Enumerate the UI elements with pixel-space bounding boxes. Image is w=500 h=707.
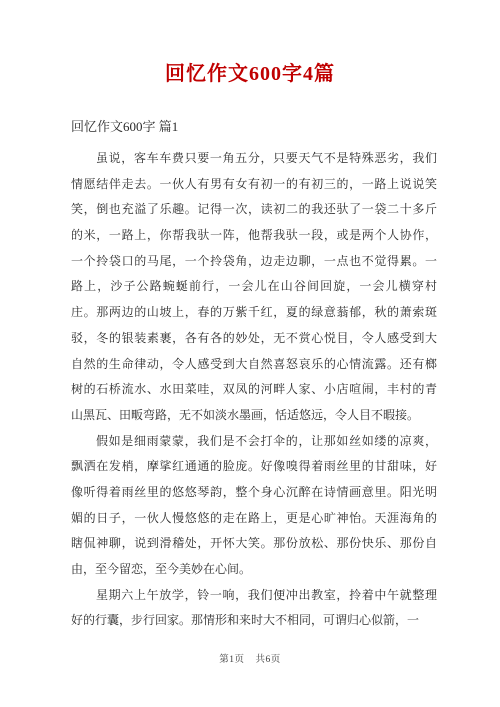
page-total: 共6页 (255, 655, 280, 665)
text-line: 庄。那两边的山坡上，春的万紫千红，夏的绿意蓊郁，秋的萧索斑 (71, 300, 437, 326)
text-line: 驳，冬的银装素裹，各有各的妙处，无不赏心悦目，令人感受到大 (71, 326, 437, 352)
text-line: 像听得着雨丝里的悠悠琴韵，整个身心沉醉在诗情画意里。阳光明 (71, 480, 437, 506)
text-line: 笑，倒也充溢了乐趣。记得一次，读初二的我还驮了一袋二十多斤 (71, 197, 437, 223)
text-line: 虽说，客车车费只要一角五分，只要天气不是特殊恶劣，我们 (71, 146, 437, 172)
page-footer: 第1页 共6页 (0, 651, 500, 665)
text-line: 一个拎袋口的马尾，一个拎袋角，边走边聊，一点也不觉得累。一 (71, 249, 437, 275)
text-line: 假如是细雨蒙蒙，我们是不会打伞的，让那如丝如缕的凉爽， (71, 429, 437, 455)
text-line: 树的石桥流水、水田菜哇，双凤的河畔人家、小店喧闹，丰村的青 (71, 377, 437, 403)
document-body: 虽说，客车车费只要一角五分，只要天气不是特殊恶劣，我们情愿结伴走去。一伙人有男有… (71, 146, 437, 634)
section-heading: 回忆作文600字 篇1 (71, 116, 178, 135)
text-line: 情愿结伴走去。一伙人有男有女有初一的有初三的，一路上说说笑 (71, 172, 437, 198)
text-line: 媚的日子，一伙人慢悠悠的走在路上，更是心旷神怡。天涯海角的 (71, 506, 437, 532)
text-line: 山黑瓦、田畈弯路，无不如淡水墨画，恬适悠远，令人目不暇接。 (71, 403, 437, 429)
text-line: 由，至今留恋，至今美妙在心间。 (71, 557, 437, 583)
text-line: 瞎侃神聊，说到滑稽处，开怀大笑。那份放松、那份快乐、那份自 (71, 531, 437, 557)
text-line: 星期六上午放学，铃一响，我们便冲出教室，拎着中午就整理 (71, 583, 437, 609)
text-line: 好的行囊，步行回家。那情形和来时大不相同，可谓归心似箭，一 (71, 608, 437, 634)
document-page: 回忆作文600字4篇 回忆作文600字 篇1 虽说，客车车费只要一角五分，只要天… (0, 0, 500, 707)
document-title: 回忆作文600字4篇 (0, 57, 500, 86)
page-number: 第1页 (219, 655, 244, 665)
text-line: 的米，一路上，你帮我驮一阵，他帮我驮一段，或是两个人协作， (71, 223, 437, 249)
text-line: 路上，沙子公路蜿蜒前行，一会儿在山谷间回旋，一会儿横穿村 (71, 274, 437, 300)
text-line: 飘洒在发梢，摩挲红通通的脸庞。好像嗅得着雨丝里的甘甜味，好 (71, 454, 437, 480)
text-line: 自然的生命律动，令人感受到大自然喜怒哀乐的心情流露。还有榔 (71, 352, 437, 378)
